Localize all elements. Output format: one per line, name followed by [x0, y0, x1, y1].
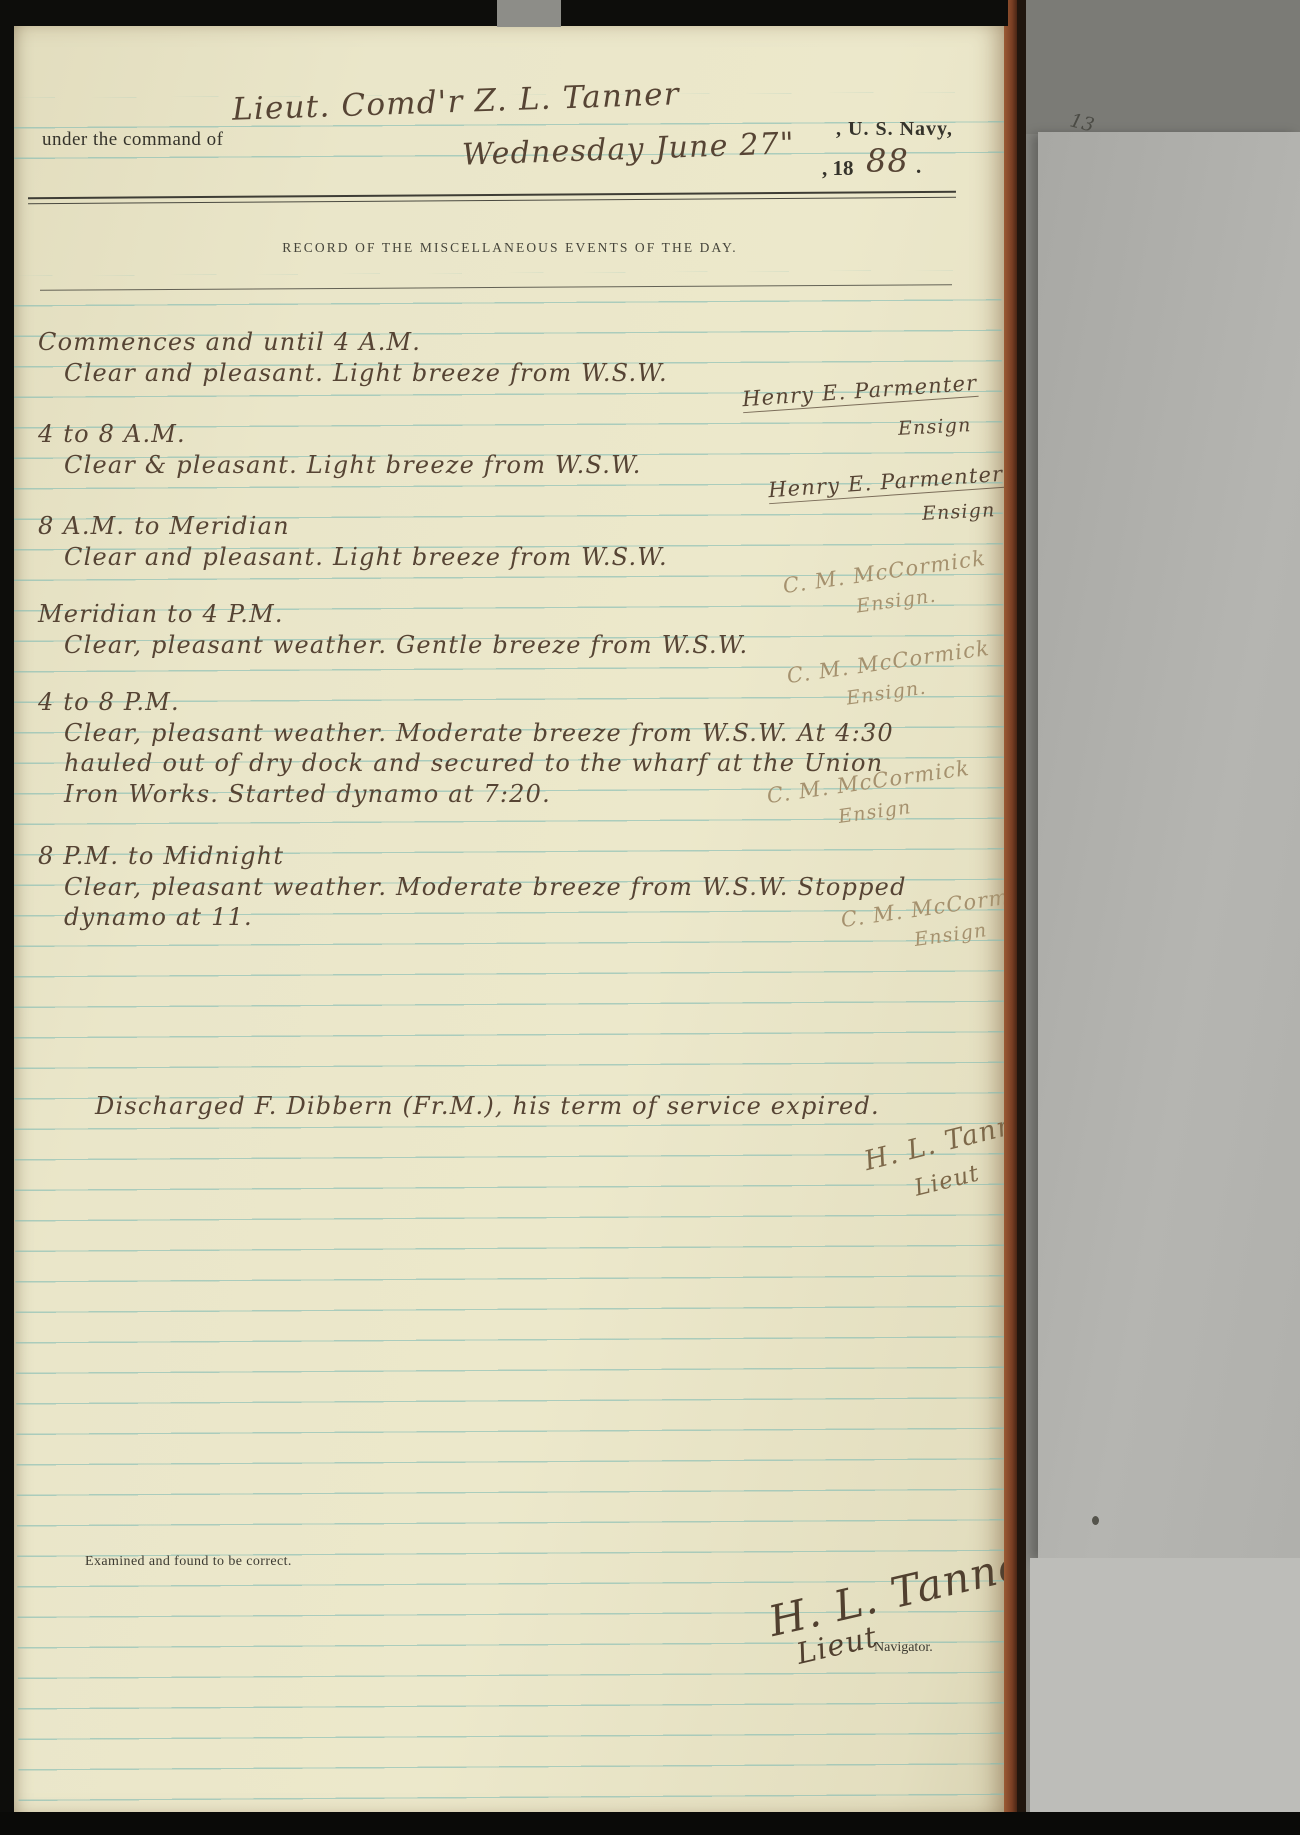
entry-heading: Meridian to 4 P.M. — [38, 598, 984, 630]
log-entry-8pm-midnight: 8 P.M. to Midnight Clear, pleasant weath… — [14, 840, 984, 933]
entry-line: Clear, pleasant weather. Moderate breeze… — [64, 872, 984, 902]
header-divider-rule — [28, 191, 956, 204]
book-spine — [1004, 0, 1017, 1835]
frame-bottom — [0, 1812, 1300, 1835]
log-entry-4to8pm: 4 to 8 P.M. Clear, pleasant weather. Mod… — [14, 686, 984, 809]
printed-year-period: . — [916, 154, 921, 179]
adjacent-sheet — [1038, 132, 1300, 1558]
frame-top-gap — [497, 0, 561, 27]
entry-heading: 8 A.M. to Meridian — [38, 510, 984, 542]
printed-year-prefix: , 18 — [822, 156, 854, 181]
frame-left — [0, 0, 14, 1835]
adjacent-sheet-bottom — [1030, 1558, 1300, 1812]
entry-heading: 4 to 8 P.M. — [38, 686, 984, 718]
log-entry-commences: Commences and until 4 A.M. Clear and ple… — [14, 326, 984, 388]
log-entry-meridian-4pm: Meridian to 4 P.M. Clear, pleasant weath… — [14, 598, 984, 660]
printed-command-prefix: under the command of — [42, 129, 223, 151]
entry-heading: 4 to 8 A.M. — [38, 418, 984, 450]
scanned-logbook-photo: 13 under the command of Lieut. Comd'r Z.… — [0, 0, 1300, 1835]
log-entry-8am-meridian: 8 A.M. to Meridian Clear and pleasant. L… — [14, 510, 984, 572]
logbook-page: under the command of Lieut. Comd'r Z. L.… — [14, 26, 1006, 1814]
handwritten-year: 88 — [866, 142, 909, 180]
entry-heading: Commences and until 4 A.M. — [38, 326, 984, 358]
scan-background-top — [1008, 0, 1300, 134]
examined-statement: Examined and found to be correct. — [85, 1554, 292, 1570]
section-title: RECORD OF THE MISCELLANEOUS EVENTS OF TH… — [14, 240, 1006, 256]
entry-line: Clear, pleasant weather. Moderate breeze… — [64, 718, 984, 748]
discharge-note: Discharged F. Dibbern (Fr.M.), his term … — [95, 1092, 880, 1120]
printed-us-navy: , U. S. Navy, — [836, 118, 953, 141]
paper-speck — [1092, 1516, 1099, 1525]
entry-heading: 8 P.M. to Midnight — [38, 840, 984, 872]
book-spine-shadow — [1017, 0, 1026, 1835]
printed-navigator-label: Navigator. — [874, 1640, 933, 1656]
log-entry-4to8am: 4 to 8 A.M. Clear & pleasant. Light bree… — [14, 418, 984, 480]
